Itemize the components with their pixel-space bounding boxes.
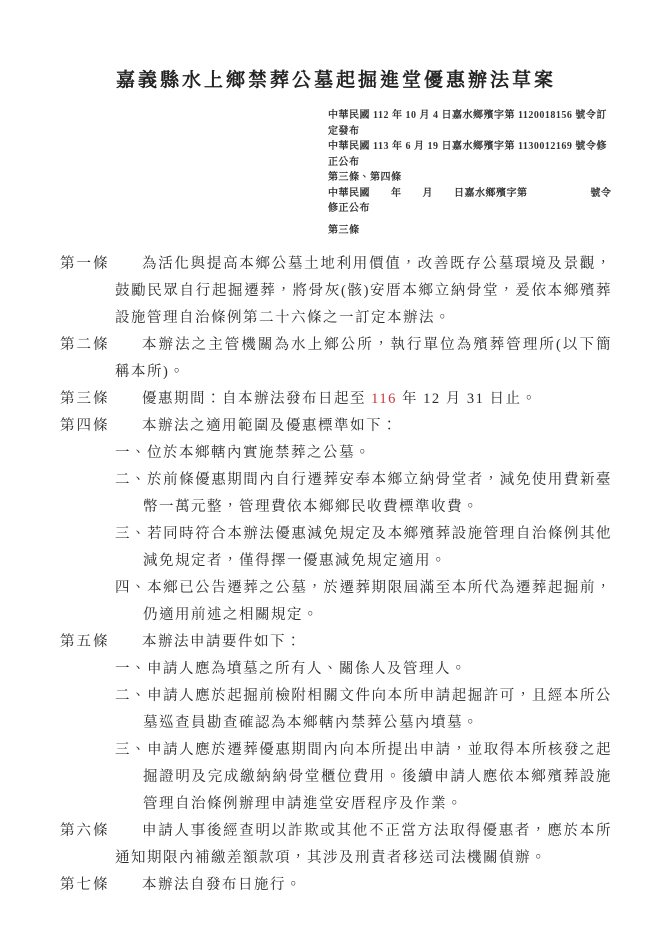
- article-text-segment: 本辦法申請要件如下：: [142, 634, 302, 650]
- article-item: 三、申請人應於遷葬優惠期間內向本所提出申請，並取得本所核發之起掘證明及完成繳納納…: [60, 737, 612, 818]
- article-text: 優惠期間：自本辦法發布日起至 116 年 12 月 31 日止。: [60, 386, 612, 413]
- article: 第五條本辦法申請要件如下：一、申請人應為墳墓之所有人、關係人及管理人。二、申請人…: [60, 629, 612, 818]
- article-text: 本辦法申請要件如下：: [60, 629, 612, 656]
- article: 第六條申請人事後經查明以詐欺或其他不正當方法取得優惠者，應於本所通知期限內補繳差…: [60, 818, 612, 872]
- article-item: 一、位於本鄉轄內實施禁葬之公墓。: [60, 440, 612, 467]
- article-item: 二、申請人應於起掘前檢附相關文件向本所申請起掘許可，且經本所公墓巡查員勘查確認為…: [60, 683, 612, 737]
- article-text: 申請人事後經查明以詐欺或其他不正當方法取得優惠者，應於本所通知期限內補繳差額款項…: [60, 818, 612, 872]
- article: 第四條本辦法之適用範圍及優惠標準如下：一、位於本鄉轄內實施禁葬之公墓。二、於前條…: [60, 413, 612, 629]
- article-label: 第三條: [60, 386, 110, 413]
- article-text-segment: 年 12 月 31 日止。: [397, 391, 538, 407]
- article-text-segment: 優惠期間：自本辦法發布日起至: [142, 391, 371, 407]
- article: 第七條本辦法自發布日施行。: [60, 872, 612, 899]
- article-item: 一、申請人應為墳墓之所有人、關係人及管理人。: [60, 656, 612, 683]
- promulgation-line: 中華民國 113 年 6 月 19 日嘉水鄉殯字第 1130012169 號令修…: [328, 139, 612, 170]
- articles-container: 第一條為活化與提高本鄉公墓土地利用價值，改善既存公墓環境及景觀，鼓勵民眾自行起掘…: [60, 251, 612, 899]
- promulgation-line: 中華民國 112 年 10 月 4 日嘉水鄉殯字第 1120018156 號令訂…: [328, 108, 612, 139]
- article: 第三條優惠期間：自本辦法發布日起至 116 年 12 月 31 日止。: [60, 386, 612, 413]
- article-text-segment: 本辦法自發布日施行。: [142, 877, 302, 893]
- article-item: 二、於前條優惠期間內自行遷葬安奉本鄉立納骨堂者，減免使用費新臺幣一萬元整，管理費…: [60, 467, 612, 521]
- highlighted-year: 116: [371, 391, 397, 407]
- article: 第二條本辦法之主管機關為水上鄉公所，執行單位為殯葬管理所(以下簡稱本所)。: [60, 332, 612, 386]
- article-text-segment: 為活化與提高本鄉公墓土地利用價值，改善既存公墓環境及景觀，鼓勵民眾自行起掘遷葬，…: [115, 256, 612, 326]
- article-text: 本辦法之適用範圍及優惠標準如下：: [60, 413, 612, 440]
- article-label: 第二條: [60, 332, 110, 359]
- article-text-segment: 申請人事後經查明以詐欺或其他不正當方法取得優惠者，應於本所通知期限內補繳差額款項…: [115, 823, 612, 866]
- article-label: 第七條: [60, 872, 110, 899]
- article-text-segment: 本辦法之適用範圍及優惠標準如下：: [142, 418, 398, 434]
- article-text: 本辦法之主管機關為水上鄉公所，執行單位為殯葬管理所(以下簡稱本所)。: [60, 332, 612, 386]
- article-text: 本辦法自發布日施行。: [60, 872, 612, 899]
- article-label: 第一條: [60, 251, 110, 278]
- article-label: 第六條: [60, 818, 110, 845]
- article-text-segment: 本辦法之主管機關為水上鄉公所，執行單位為殯葬管理所(以下簡稱本所)。: [115, 337, 612, 380]
- article-label: 第四條: [60, 413, 110, 440]
- article-label: 第五條: [60, 629, 110, 656]
- document-title: 嘉義縣水上鄉禁葬公墓起掘進堂優惠辦法草案: [60, 66, 612, 96]
- promulgation-block: 中華民國 112 年 10 月 4 日嘉水鄉殯字第 1120018156 號令訂…: [328, 108, 612, 238]
- article: 第一條為活化與提高本鄉公墓土地利用價值，改善既存公墓環境及景觀，鼓勵民眾自行起掘…: [60, 251, 612, 332]
- article-item: 四、本鄉已公告遷葬之公墓，於遷葬期限屆滿至本所代為遷葬起掘前，仍適用前述之相關規…: [60, 575, 612, 629]
- article-item: 三、若同時符合本辦法優惠減免規定及本鄉殯葬設施管理自治條例其他減免規定者，僅得擇…: [60, 521, 612, 575]
- promulgation-line: 中華民國 年 月 日嘉水鄉殯字第 號令修正公布: [328, 186, 612, 217]
- promulgation-line: 第三條: [328, 223, 612, 239]
- article-text: 為活化與提高本鄉公墓土地利用價值，改善既存公墓環境及景觀，鼓勵民眾自行起掘遷葬，…: [60, 251, 612, 332]
- document-page: 嘉義縣水上鄉禁葬公墓起掘進堂優惠辦法草案 中華民國 112 年 10 月 4 日…: [0, 0, 672, 949]
- promulgation-line: 第三條、第四條: [328, 170, 612, 186]
